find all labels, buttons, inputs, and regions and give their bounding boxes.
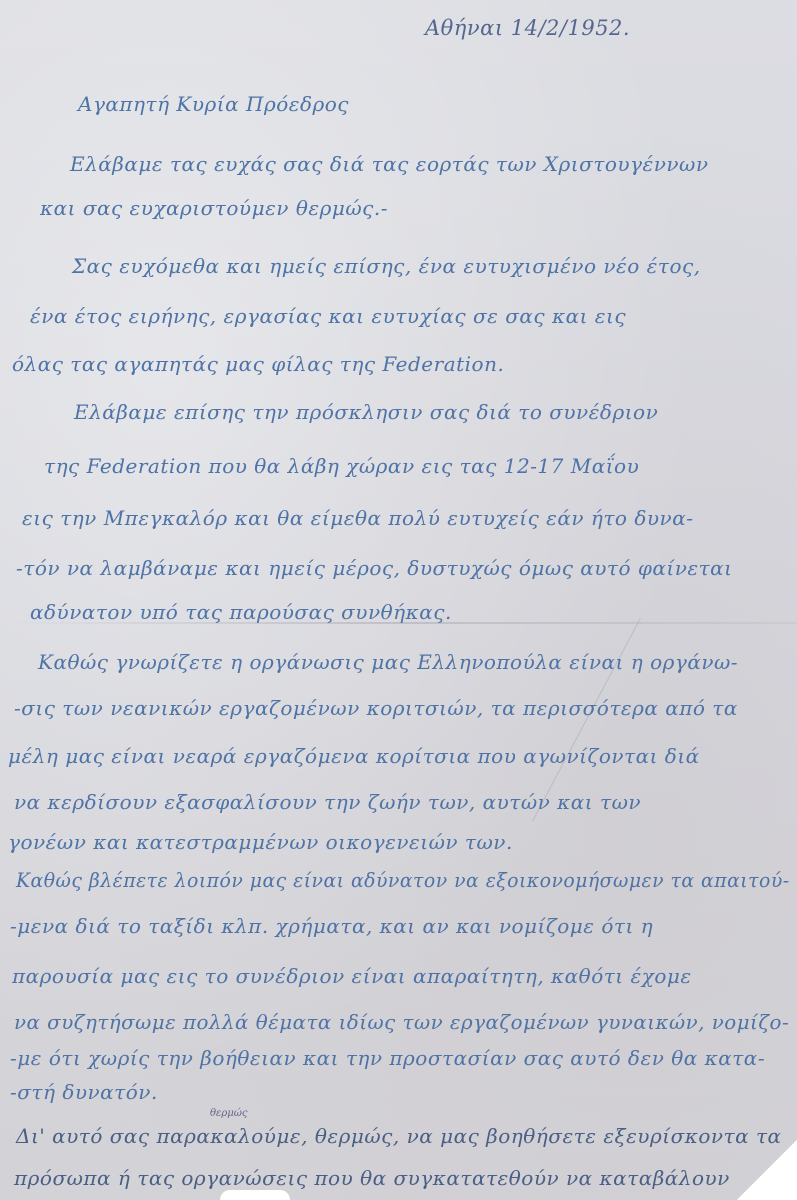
- torn-corner: [737, 1140, 797, 1200]
- letter-line: Ελάβαμε επίσης την πρόσκλησιν σας διά το…: [74, 400, 658, 424]
- letter-line: εις την Μπεγκαλόρ και θα είμεθα πολύ ευτ…: [22, 506, 693, 530]
- letter-line: παρουσία μας εις το συνέδριον είναι απαρ…: [12, 964, 692, 988]
- letter-line: -στή δυνατόν.: [10, 1080, 158, 1104]
- letter-line: και σας ευχαριστούμεν θερμώς.-: [40, 196, 388, 220]
- letter-line: Καθώς γνωρίζετε η οργάνωσις μας Ελληνοπο…: [38, 650, 738, 674]
- salutation: Αγαπητή Κυρία Πρόεδρος: [78, 92, 349, 116]
- letter-line: όλας τας αγαπητάς μας φίλας της Federati…: [12, 352, 504, 376]
- letter-line: Καθώς βλέπετε λοιπόν μας είναι αδύνατον …: [16, 868, 790, 892]
- letter-page: Αθήναι 14/2/1952. Αγαπητή Κυρία Πρόεδρος…: [0, 0, 797, 1200]
- letter-line: να κερδίσουν εξασφαλίσουν την ζωήν των, …: [14, 790, 641, 814]
- letter-line: της Federation που θα λάβη χώραν εις τας…: [44, 454, 639, 478]
- letter-line: Δι' αυτό σας παρακαλούμε, θερμώς, να μας…: [16, 1124, 782, 1148]
- letter-line: μέλη μας είναι νεαρά εργαζόμενα κορίτσια…: [8, 744, 700, 768]
- letter-line: γονέων και κατεστραμμένων οικογενειών τω…: [8, 830, 513, 854]
- letter-line: αδύνατον υπό τας παρούσας συνθήκας.: [30, 600, 452, 624]
- letter-line: πρόσωπα ή τας οργανώσεις που θα συγκατατ…: [14, 1166, 730, 1190]
- letter-line: Ελάβαμε τας ευχάς σας διά τας εορτάς των…: [70, 152, 709, 176]
- letter-line: Σας ευχόμεθα και ημείς επίσης, ένα ευτυχ…: [72, 254, 701, 278]
- date-line: Αθήναι 14/2/1952.: [425, 16, 630, 40]
- letter-line: -μενα διά το ταξίδι κλπ. χρήματα, και αν…: [10, 914, 653, 938]
- letter-line: να συζητήσωμε πολλά θέματα ιδίως των εργ…: [14, 1010, 789, 1034]
- letter-line: -τόν να λαμβάναμε και ημείς μέρος, δυστυ…: [16, 556, 733, 580]
- letter-line: -σις των νεανικών εργαζομένων κοριτσιών,…: [14, 696, 738, 720]
- letter-line: ένα έτος ειρήνης, εργασίας και ευτυχίας …: [30, 304, 626, 328]
- interlinear-note: θερμώς: [210, 1108, 248, 1119]
- torn-edge: [220, 1190, 290, 1200]
- letter-line: -με ότι χωρίς την βοήθειαν και την προστ…: [10, 1046, 765, 1070]
